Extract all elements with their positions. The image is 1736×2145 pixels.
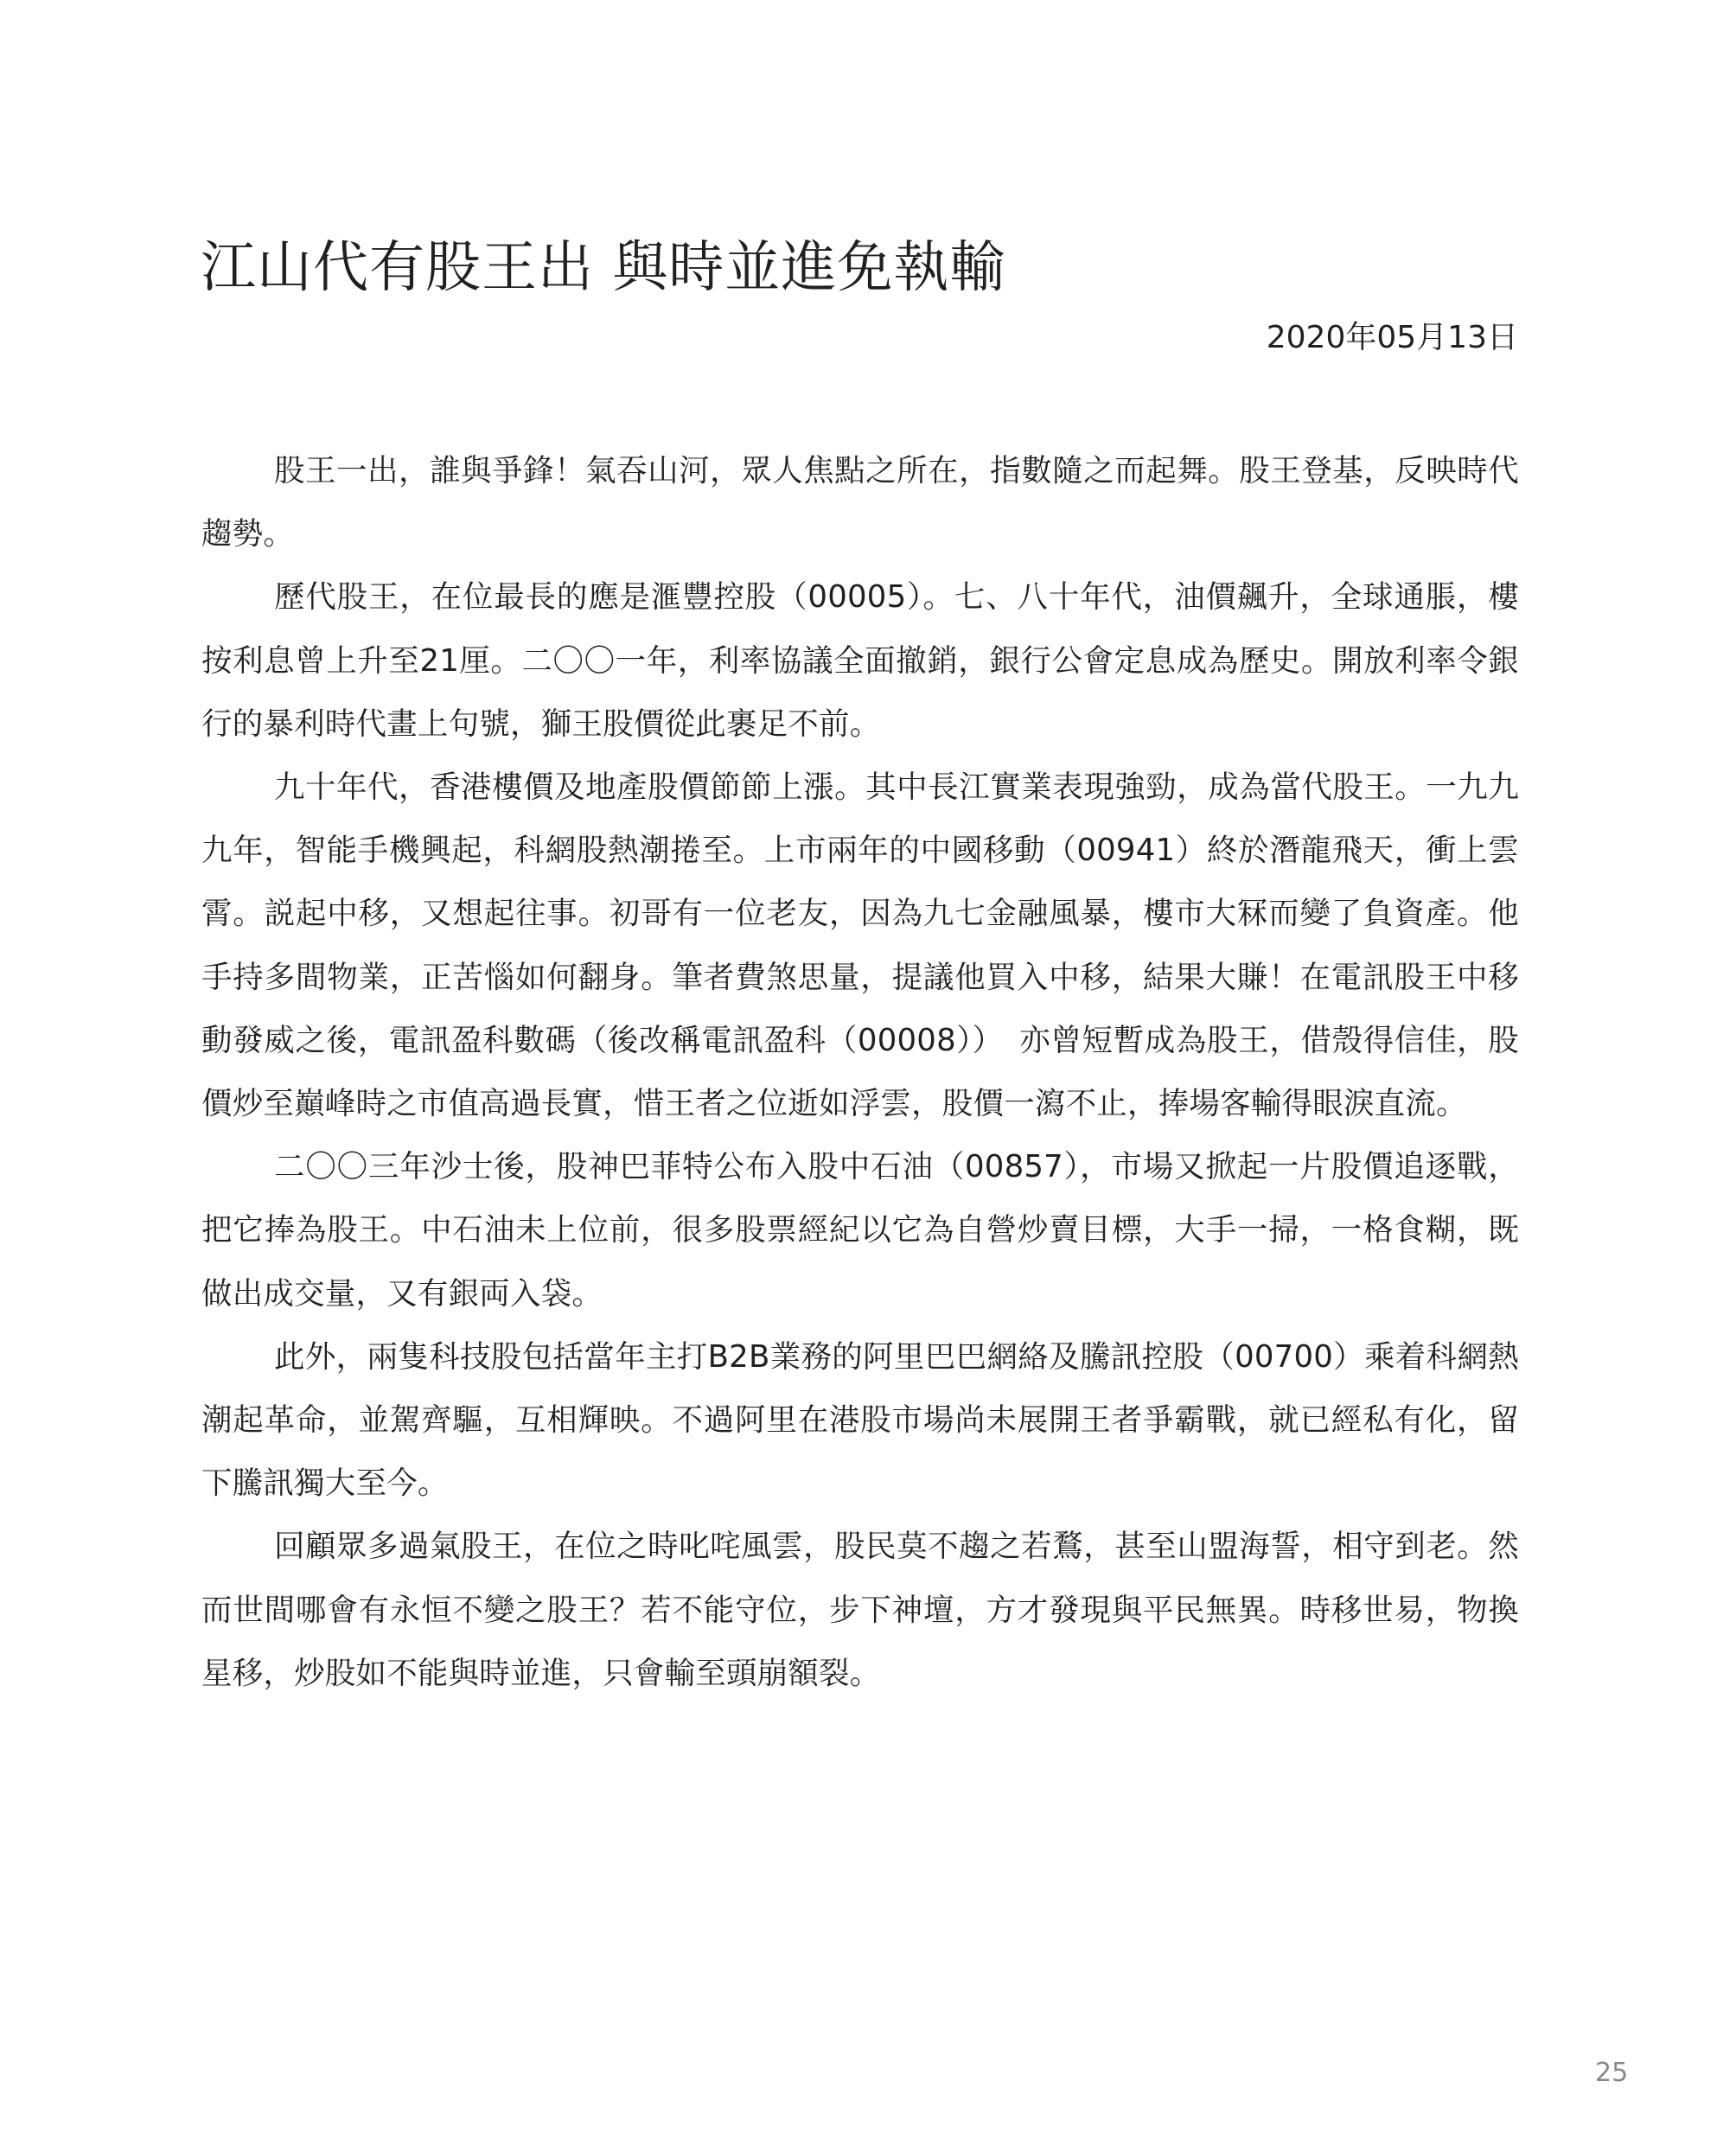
paragraph: 九十年代，香港樓價及地產股價節節上漲。其中長江實業表現強勁，成為當代股王。一九九… [201,756,1519,1135]
paragraph: 股王一出，誰與爭鋒！氣吞山河，眾人焦點之所在，指數隨之而起舞。股王登基，反映時代… [201,439,1519,565]
paragraph: 回顧眾多過氣股王，在位之時叱咤風雲，股民莫不趨之若鶩，甚至山盟海誓，相守到老。然… [201,1515,1519,1705]
paragraph: 歷代股王，在位最長的應是滙豐控股（00005）。七、八十年代，油價飆升，全球通脹… [201,565,1519,756]
page-number: 25 [1595,2058,1628,2088]
article-title: 江山代有股王出 與時並進免執輸 [201,235,1005,302]
paragraph: 此外，兩隻科技股包括當年主打B2B業務的阿里巴巴網絡及騰訊控股（00700）乘着… [201,1325,1519,1516]
article-body: 股王一出，誰與爭鋒！氣吞山河，眾人焦點之所在，指數隨之而起舞。股王登基，反映時代… [201,439,1519,1705]
article-date: 2020年05月13日 [1267,313,1518,357]
paragraph: 二〇〇三年沙士後，股神巴菲特公布入股中石油（00857），市場又掀起一片股價追逐… [201,1135,1519,1325]
